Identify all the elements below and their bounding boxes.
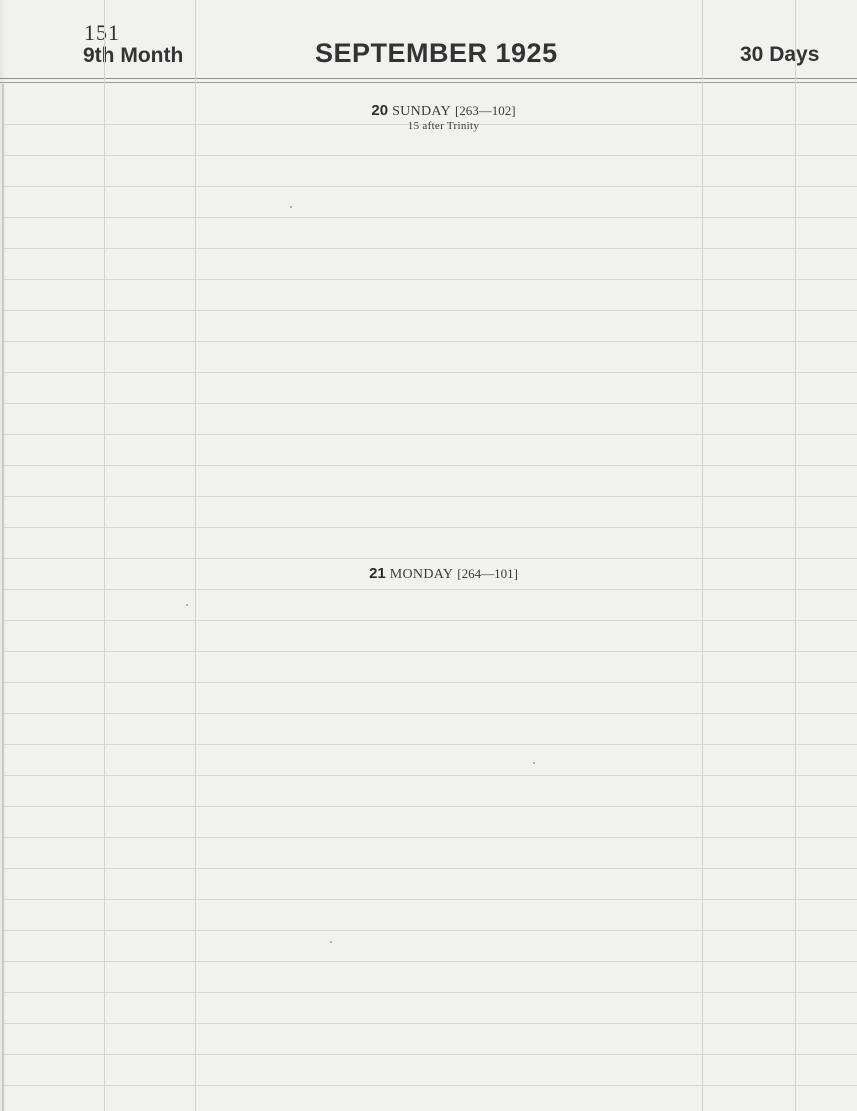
ruled-line (4, 341, 857, 342)
days-label: 30 Days (740, 43, 819, 67)
day-count: [263—102] (455, 103, 516, 118)
ruled-line (4, 558, 857, 559)
ruled-line (4, 992, 857, 993)
ruled-line (4, 155, 857, 156)
ruled-line (4, 682, 857, 683)
weekday: MONDAY (390, 567, 454, 582)
weekday: SUNDAY (392, 104, 451, 119)
header-rule-bottom (0, 82, 857, 83)
ruled-line (4, 527, 857, 528)
margin-rule-left-1 (104, 0, 105, 1111)
day-heading-21: 21 MONDAY [264—101] (0, 565, 857, 583)
ruled-line (4, 248, 857, 249)
ruled-line (4, 899, 857, 900)
margin-rule-right-2 (795, 0, 796, 1111)
day-number: 20 (371, 102, 388, 119)
header-rule-top (0, 78, 857, 79)
liturgical-note: 15 after Trinity (0, 120, 857, 132)
ruled-line (4, 496, 857, 497)
ruled-line (4, 961, 857, 962)
ruled-line (4, 1023, 857, 1024)
paper-speck (533, 762, 535, 764)
ruled-line (4, 806, 857, 807)
ruled-line (4, 217, 857, 218)
ruled-line (4, 434, 857, 435)
ruled-line (4, 310, 857, 311)
day-number: 21 (369, 565, 386, 582)
ruled-line (4, 279, 857, 280)
ruled-line (4, 651, 857, 652)
page-number: 151 (84, 20, 120, 46)
margin-rule-right-1 (702, 0, 703, 1111)
ruled-line (4, 744, 857, 745)
ruled-line (4, 868, 857, 869)
paper-speck (186, 604, 188, 606)
ruled-line (4, 775, 857, 776)
ruled-line (4, 186, 857, 187)
day-heading-20: 20 SUNDAY [263—102] (0, 102, 857, 120)
day-count: [264—101] (457, 566, 518, 581)
ruled-line (4, 589, 857, 590)
ruled-line (4, 930, 857, 931)
paper-speck (290, 206, 292, 208)
ruled-line (4, 620, 857, 621)
ruled-line (4, 465, 857, 466)
month-label: 9th Month (83, 44, 183, 68)
margin-rule-left-2 (195, 0, 196, 1111)
ruled-line (4, 403, 857, 404)
ruled-line (4, 372, 857, 373)
paper-speck (330, 941, 332, 943)
ruled-line (4, 837, 857, 838)
page-title: SEPTEMBER 1925 (315, 38, 558, 69)
binding-edge (2, 84, 4, 1111)
diary-page: 151 9th Month SEPTEMBER 1925 30 Days 20 … (0, 0, 857, 1111)
ruled-line (4, 1054, 857, 1055)
ruled-line (4, 1085, 857, 1086)
ruled-line (4, 713, 857, 714)
